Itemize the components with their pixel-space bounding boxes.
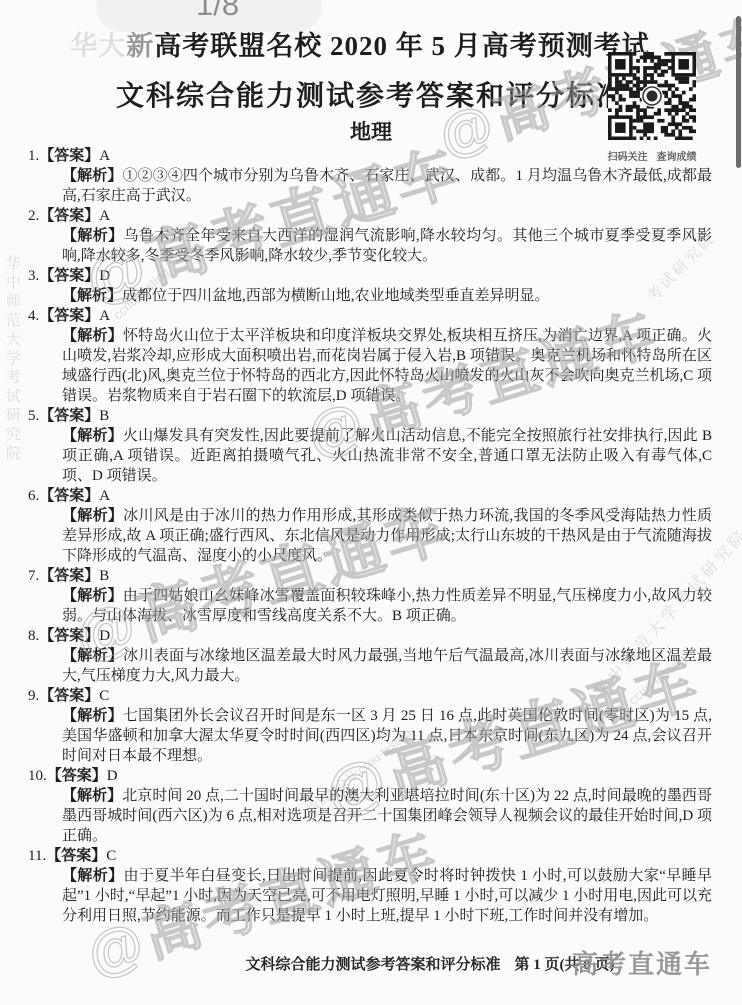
analysis-label: 【解析】 [62, 228, 124, 244]
explanation: 【解析】由于四姑娘山幺妹峰冰雪覆盖面积较珠峰小,热力性质差异不明显,气压梯度力小… [62, 586, 712, 626]
answer-line: 6.【答案】A [28, 486, 712, 506]
answer-item: 11.【答案】C 【解析】由于夏半年白昼变长,日出时间提前,因此夏令时将时钟拨快… [28, 846, 712, 926]
answer-letter: C [99, 688, 109, 704]
answer-label: 【答案】 [39, 148, 99, 164]
answer-item: 6.【答案】A 【解析】冰川风是由于冰川的热力作用形成,其形成类似于热力环流,我… [28, 486, 712, 566]
analysis-label: 【解析】 [62, 328, 123, 344]
explanation: 【解析】七国集团外长会议召开时间是东一区 3 月 25 日 16 点,此时英国伦… [62, 706, 712, 766]
explanation: 【解析】由于夏半年白昼变长,日出时间提前,因此夏令时将时钟拨快 1 小时,可以鼓… [62, 866, 712, 926]
analysis-label: 【解析】 [62, 428, 123, 444]
answer-item: 10.【答案】D 【解析】北京时间 20 点,二十国时间最早的澳大利亚堪培拉时间… [28, 766, 712, 846]
analysis-text: 冰川表面与冰缘地区温差最大时风力最强,当地午后气温最高,冰川表面与冰缘地区温差最… [62, 648, 712, 684]
analysis-text: 北京时间 20 点,二十国时间最早的澳大利亚堪培拉时间(东十区)为 22 点,时… [62, 788, 712, 844]
question-number: 2. [28, 208, 39, 224]
answer-label: 【答案】 [39, 488, 99, 504]
answer-line: 4.【答案】A [28, 306, 712, 326]
answer-line: 5.【答案】B [28, 406, 712, 426]
explanation: 【解析】怀特岛火山位于太平洋板块和印度洋板块交界处,板块相互挤压,为消亡边界,A… [62, 326, 712, 406]
answer-letter: D [107, 768, 118, 784]
answer-letter: B [99, 568, 109, 584]
answer-item: 7.【答案】B 【解析】由于四姑娘山幺妹峰冰雪覆盖面积较珠峰小,热力性质差异不明… [28, 566, 712, 626]
answer-item: 8.【答案】D 【解析】冰川表面与冰缘地区温差最大时风力最强,当地午后气温最高,… [28, 626, 712, 686]
answer-label: 【答案】 [46, 848, 106, 864]
answer-letter: A [99, 488, 110, 504]
answer-letter: D [99, 268, 110, 284]
question-number: 5. [28, 408, 39, 424]
answer-line: 11.【答案】C [28, 846, 712, 866]
answer-letter: A [99, 308, 110, 324]
analysis-text: 怀特岛火山位于太平洋板块和印度洋板块交界处,板块相互挤压,为消亡边界,A 项正确… [62, 328, 712, 404]
question-number: 7. [28, 568, 39, 584]
answer-line: 8.【答案】D [28, 626, 712, 646]
answer-letter: B [99, 408, 109, 424]
analysis-text: 乌鲁木齐全年受来自大西洋的湿润气流影响,降水较均匀。其他三个城市夏季受夏季风影响… [62, 228, 712, 264]
faint-watermark: 华中师范大学考试研究院 [2, 255, 23, 464]
qr-code [608, 52, 696, 140]
answer-label: 【答案】 [39, 628, 99, 644]
analysis-text: 由于四姑娘山幺妹峰冰雪覆盖面积较珠峰小,热力性质差异不明显,气压梯度力小,故风力… [62, 588, 712, 624]
analysis-label: 【解析】 [62, 168, 122, 184]
answer-line: 3.【答案】D [28, 266, 712, 286]
explanation: 【解析】①②③④四个城市分别为乌鲁木齐、石家庄、武汉、成都。1 月均温乌鲁木齐最… [62, 166, 712, 206]
answer-list: 1.【答案】A 【解析】①②③④四个城市分别为乌鲁木齐、石家庄、武汉、成都。1 … [28, 146, 712, 926]
question-number: 9. [28, 688, 39, 704]
qr-block: 扫码关注 查询成绩 [606, 52, 698, 163]
answer-line: 9.【答案】C [28, 686, 712, 706]
answer-line: 7.【答案】B [28, 566, 712, 586]
explanation: 【解析】北京时间 20 点,二十国时间最早的澳大利亚堪培拉时间(东十区)为 22… [62, 786, 712, 846]
analysis-label: 【解析】 [62, 508, 123, 524]
exam-title-faded: 新 [126, 31, 154, 61]
answer-label: 【答案】 [47, 768, 107, 784]
analysis-label: 【解析】 [62, 588, 123, 604]
analysis-label: 【解析】 [62, 648, 123, 664]
analysis-text: 冰川风是由于冰川的热力作用形成,其形成类似于热力环流,我国的冬季风受海陆热力性质… [62, 508, 712, 564]
scrollbar-thumb[interactable] [736, 16, 741, 168]
analysis-label: 【解析】 [62, 708, 123, 724]
question-number: 4. [28, 308, 39, 324]
answer-item: 5.【答案】B 【解析】火山爆发具有突发性,因此要提前了解火山活动信息,不能完全… [28, 406, 712, 486]
scanned-answer-page: 华中师范大学考试研究院 ccnu-testing 考试研究院 华中师范大学考试研… [0, 0, 742, 1005]
exam-title-main: 高考联盟名校 2020 年 5 月高考预测考试 [154, 31, 650, 61]
qr-caption: 扫码关注 查询成绩 [606, 148, 698, 163]
answer-item: 4.【答案】A 【解析】怀特岛火山位于太平洋板块和印度洋板块交界处,板块相互挤压… [28, 306, 712, 406]
page-indicator: 1/8 [196, 0, 239, 23]
answer-letter: D [99, 628, 110, 644]
analysis-text: 由于夏半年白昼变长,日出时间提前,因此夏令时将时钟拨快 1 小时,可以鼓励大家“… [62, 868, 712, 924]
analysis-text: 火山爆发具有突发性,因此要提前了解火山活动信息,不能完全按照旅行社安排执行,因此… [62, 428, 712, 484]
explanation: 【解析】冰川表面与冰缘地区温差最大时风力最强,当地午后气温最高,冰川表面与冰缘地… [62, 646, 712, 686]
answer-label: 【答案】 [39, 208, 99, 224]
qr-caption-follow: 扫码关注 [608, 148, 648, 163]
answer-label: 【答案】 [39, 408, 99, 424]
qr-caption-score: 查询成绩 [657, 148, 697, 163]
analysis-text: 成都位于四川盆地,西部为横断山地,农业地域类型垂直差异明显。 [122, 288, 550, 304]
explanation: 【解析】火山爆发具有突发性,因此要提前了解火山活动信息,不能完全按照旅行社安排执… [62, 426, 712, 486]
answer-item: 2.【答案】A 【解析】乌鲁木齐全年受来自大西洋的湿润气流影响,降水较均匀。其他… [28, 206, 712, 266]
answer-label: 【答案】 [39, 688, 99, 704]
brand-mark: 高考直通车 [572, 944, 712, 981]
question-number: 6. [28, 488, 39, 504]
exam-title-obscured: 华大 [70, 31, 126, 61]
answer-letter: A [99, 148, 110, 164]
question-number: 10. [28, 768, 47, 784]
answer-label: 【答案】 [39, 568, 99, 584]
analysis-label: 【解析】 [62, 868, 124, 884]
answer-line: 2.【答案】A [28, 206, 712, 226]
answer-letter: C [106, 848, 116, 864]
footer-doc-title: 文科综合能力测试参考答案和评分标准 [245, 957, 500, 973]
analysis-text: ①②③④四个城市分别为乌鲁木齐、石家庄、武汉、成都。1 月均温乌鲁木齐最低,成都… [62, 168, 712, 204]
answer-item: 9.【答案】C 【解析】七国集团外长会议召开时间是东一区 3 月 25 日 16… [28, 686, 712, 766]
explanation: 【解析】乌鲁木齐全年受来自大西洋的湿润气流影响,降水较均匀。其他三个城市夏季受夏… [62, 226, 712, 266]
question-number: 1. [28, 148, 39, 164]
question-number: 8. [28, 628, 39, 644]
analysis-label: 【解析】 [62, 288, 122, 304]
answer-item: 3.【答案】D 【解析】成都位于四川盆地,西部为横断山地,农业地域类型垂直差异明… [28, 266, 712, 306]
answer-letter: A [99, 208, 110, 224]
analysis-label: 【解析】 [62, 788, 122, 804]
explanation: 【解析】冰川风是由于冰川的热力作用形成,其形成类似于热力环流,我国的冬季风受海陆… [62, 506, 712, 566]
answer-label: 【答案】 [39, 308, 99, 324]
question-number: 3. [28, 268, 39, 284]
answer-label: 【答案】 [39, 268, 99, 284]
question-number: 11. [28, 848, 46, 864]
answer-line: 10.【答案】D [28, 766, 712, 786]
explanation: 【解析】成都位于四川盆地,西部为横断山地,农业地域类型垂直差异明显。 [62, 286, 712, 306]
analysis-text: 七国集团外长会议召开时间是东一区 3 月 25 日 16 点,此时英国伦敦时间(… [62, 708, 712, 764]
